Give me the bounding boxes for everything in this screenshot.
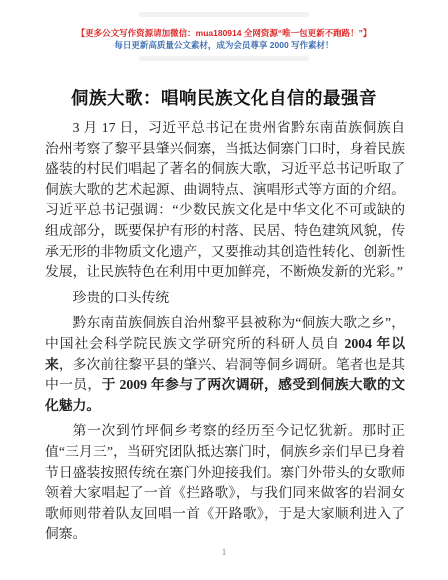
text-segment: 珍贵的口头传统: [73, 290, 170, 305]
body-paragraph: 黔东南苗族侗族自治州黎平县被称为“侗族大歌之乡”，中国社会科学院民族文学研究所的…: [45, 313, 405, 416]
body-paragraph: 第一次到竹坪侗乡考察的经历至今记忆犹新。那时正值“三月三”，当研究团队抵达寨门时…: [45, 421, 405, 545]
watermark-blue-text: 每日更新高质量公文素材，成为会员尊享 2000 写作素材！: [0, 39, 448, 51]
faded-watermark-line: [139, 56, 309, 61]
document-title: 侗族大歌：唱响民族文化自信的最强音: [30, 87, 418, 109]
document-page: 【更多公文写作资源请加微信：mua180914 全网资源“唯一包更新不跑路！”】…: [0, 0, 448, 580]
section-subheading: 珍贵的口头传统: [45, 288, 405, 309]
text-segment: 3 月 17 日，习近平总书记在贵州省黔东南苗族侗族自治州考察了黎平县肇兴侗寨，…: [45, 120, 405, 279]
watermark-header: 【更多公文写作资源请加微信：mua180914 全网资源“唯一包更新不跑路！”】…: [0, 0, 448, 61]
body-paragraph: 3 月 17 日，习近平总书记在贵州省黔东南苗族侗族自治州考察了黎平县肇兴侗寨，…: [45, 118, 405, 283]
document-body: 3 月 17 日，习近平总书记在贵州省黔东南苗族侗族自治州考察了黎平县肇兴侗寨，…: [45, 118, 405, 545]
text-segment: 第一次到竹坪侗乡考察的经历至今记忆犹新。那时正值“三月三”，当研究团队抵达寨门时…: [45, 423, 405, 541]
faded-watermark-line: [139, 12, 309, 17]
page-number: 1: [0, 548, 448, 558]
watermark-red-text: 【更多公文写作资源请加微信：mua180914 全网资源“唯一包更新不跑路！”】: [0, 27, 448, 39]
